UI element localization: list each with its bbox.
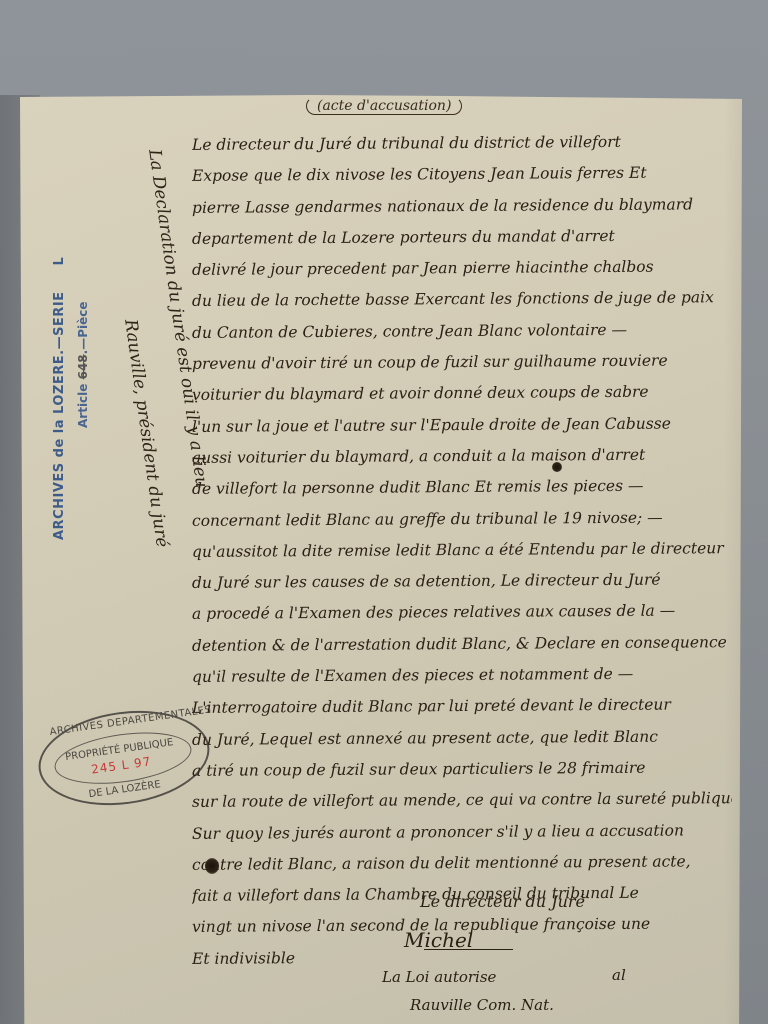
body-line: pierre Lasse gendarmes nationaux de la r… — [192, 189, 732, 224]
archive-heading-text: ARCHIVES de la LOZERE.—SERIE — [52, 291, 67, 540]
article-label: Article — [76, 384, 90, 428]
body-line: l'un sur la joue et l'autre sur l'Epaule… — [192, 408, 732, 443]
body-line: aussi voiturier du blaymard, a conduit a… — [192, 439, 732, 474]
director-signature: Michel — [404, 928, 473, 952]
body-line: concernant ledit Blanc au greffe du trib… — [192, 502, 732, 537]
body-line: a procedé a l'Examen des pieces relative… — [192, 596, 732, 631]
ink-blot-mark — [552, 462, 562, 472]
body-line: delivré le jour precedent par Jean pierr… — [192, 251, 732, 286]
body-line: qu'aussitot la dite remise ledit Blanc a… — [192, 533, 732, 568]
archive-series-heading: ARCHIVES de la LOZERE.—SERIEL — [52, 257, 67, 540]
body-line: du Canton de Cubieres, contre Jean Blanc… — [192, 314, 732, 349]
body-line: Expose que le dix nivose les Citoyens Je… — [192, 157, 732, 192]
body-line: qu'il resulte de l'Examen des pieces et … — [192, 658, 732, 693]
body-line: voiturier du blaymard et avoir donné deu… — [192, 376, 732, 411]
body-line: contre ledit Blanc, a raison du delit me… — [192, 846, 732, 881]
piece-label: .—Pièce — [76, 301, 90, 354]
document-title: (acte d'accusation) — [306, 97, 462, 115]
body-line: prevenu d'avoir tiré un coup de fuzil su… — [192, 345, 732, 380]
commissioner-signature: Rauville Com. Nat. — [410, 996, 554, 1014]
body-line: Le directeur du Juré du tribunal du dist… — [192, 126, 732, 161]
archive-article-line: Article 648.—Pièce — [76, 301, 90, 428]
body-line: de villefort la personne dudit Blanc Et … — [192, 470, 732, 505]
law-authorization-suffix: al — [612, 966, 626, 984]
body-line: a tiré un coup de fuzil sur deux particu… — [192, 752, 732, 787]
body-line: sur la route de villefort au mende, ce q… — [192, 783, 732, 818]
body-line: Sur quoy les jurés auront a prononcer s'… — [192, 815, 732, 850]
law-authorization-line: La Loi autorise — [382, 968, 496, 986]
ink-blot-mark — [205, 858, 219, 874]
article-number-struck: 648 — [76, 354, 90, 379]
body-line: du Juré, Lequel est annexé au present ac… — [192, 721, 732, 756]
body-line: L'interrogatoire dudit Blanc par lui pre… — [192, 689, 732, 724]
signatory-title: Le directeur du Juré — [420, 892, 585, 911]
body-line: departement de la Lozere porteurs du man… — [192, 220, 732, 255]
body-line: du lieu de la rochette basse Exercant le… — [192, 283, 732, 318]
archive-serie-letter: L — [52, 257, 67, 266]
body-line: detention & de l'arrestation dudit Blanc… — [192, 627, 732, 662]
body-line: du Juré sur les causes de sa detention, … — [192, 564, 732, 599]
document-body: Le directeur du Juré du tribunal du dist… — [192, 128, 732, 973]
